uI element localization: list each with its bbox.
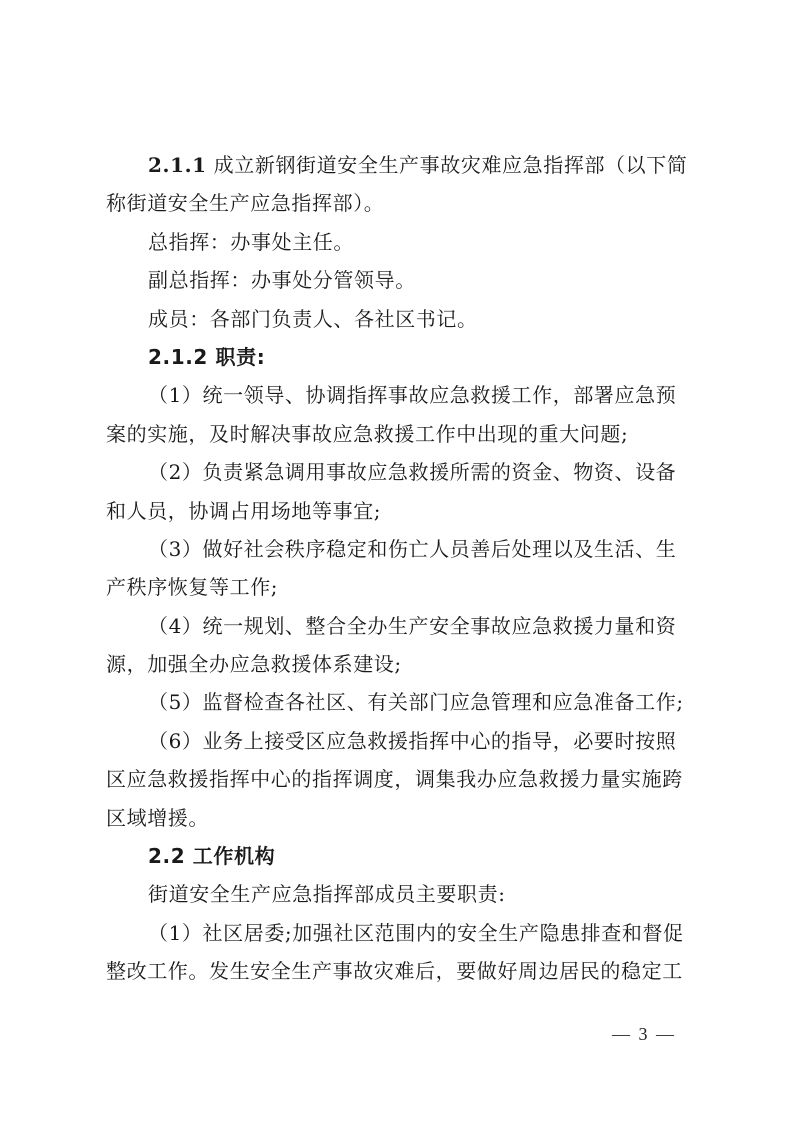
duty-item-6-line2: 区应急救援指挥中心的指挥调度，调集我办应急救援力量实施跨 <box>106 760 696 798</box>
duty-item-3-line2: 产秩序恢复等工作; <box>106 568 696 606</box>
commander-line: 总指挥：办事处主任。 <box>106 223 696 261</box>
deputy-commander-line: 副总指挥：办事处分管领导。 <box>106 261 696 299</box>
duty-item-3-line1: （3）做好社会秩序稳定和伤亡人员善后处理以及生活、生 <box>106 530 696 568</box>
section-2-1-1-line2: 称街道安全生产应急指挥部）。 <box>106 184 696 222</box>
duty-item-6-line1: （6）业务上接受区应急救援指挥中心的指导，必要时按照 <box>106 722 696 760</box>
duty-item-2-line2: 和人员，协调占用场地等事宜; <box>106 492 696 530</box>
section-2-2-heading: 2.2 工作机构 <box>106 837 696 875</box>
members-line: 成员：各部门负责人、各社区书记。 <box>106 300 696 338</box>
duty-item-6-line3: 区域增援。 <box>106 799 696 837</box>
section-2-1-1-number: 2.1.1 <box>148 153 207 177</box>
duty-item-1-line2: 案的实施，及时解决事故应急救援工作中出现的重大问题; <box>106 415 696 453</box>
section-2-1-1-title: 成立新钢街道安全生产事故灾难应急指挥部（以下简 <box>207 153 688 177</box>
section-2-1-1-line1: 2.1.1 成立新钢街道安全生产事故灾难应急指挥部（以下简 <box>106 146 696 184</box>
page-number: — 3 — <box>612 1024 676 1045</box>
org-item-1-line1: （1）社区居委;加强社区范围内的安全生产隐患排查和督促 <box>106 914 696 952</box>
document-page: 2.1.1 成立新钢街道安全生产事故灾难应急指挥部（以下简 称街道安全生产应急指… <box>106 146 696 991</box>
duty-item-1-line1: （1）统一领导、协调指挥事故应急救援工作，部署应急预 <box>106 376 696 414</box>
duty-item-5-line1: （5）监督检查各社区、有关部门应急管理和应急准备工作; <box>106 683 696 721</box>
duty-item-4-line1: （4）统一规划、整合全办生产安全事故应急救援力量和资 <box>106 607 696 645</box>
duty-item-4-line2: 源，加强全办应急救援体系建设; <box>106 645 696 683</box>
org-item-1-line2: 整改工作。发生安全生产事故灾难后，要做好周边居民的稳定工 <box>106 952 696 990</box>
section-2-1-2-heading: 2.1.2 职责: <box>106 338 696 376</box>
duty-item-2-line1: （2）负责紧急调用事故应急救援所需的资金、物资、设备 <box>106 453 696 491</box>
section-2-2-intro: 街道安全生产应急指挥部成员主要职责: <box>106 875 696 913</box>
